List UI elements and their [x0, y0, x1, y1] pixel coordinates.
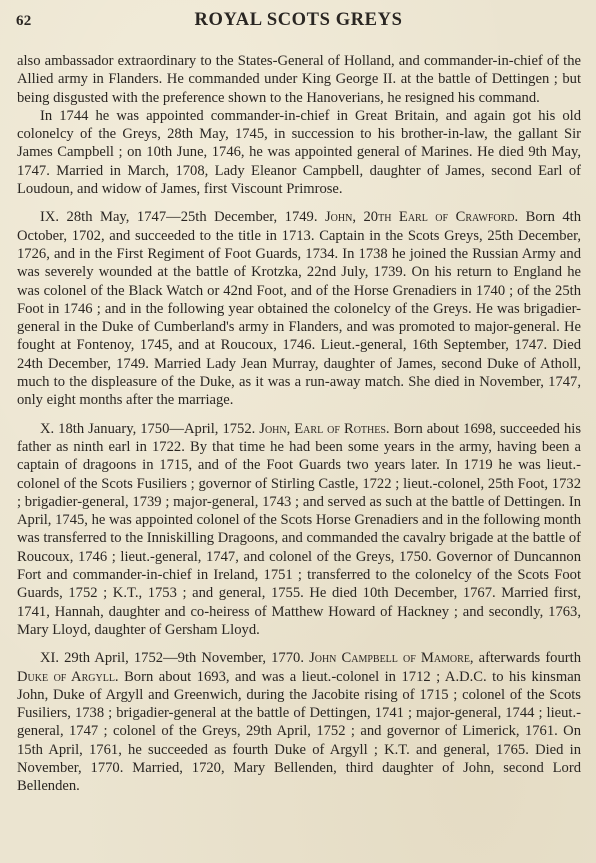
book-page: 62 ROYAL SCOTS GREYS also ambassador ext…: [0, 0, 596, 863]
entry-x-rothes: X. 18th January, 1750—April, 1752. John,…: [17, 420, 581, 640]
body-text: also ambassador extraordinary to the Sta…: [17, 52, 581, 796]
entry-x-dates: X. 18th January, 1750—April, 1752.: [40, 421, 259, 437]
entry-xi-name: John Campbell of Mamore,: [309, 650, 474, 666]
page-header: 62 ROYAL SCOTS GREYS: [16, 10, 581, 34]
entry-xi-title: Duke of Argyll.: [17, 669, 119, 685]
entry-xi-argyll: XI. 29th April, 1752—9th November, 1770.…: [17, 649, 581, 795]
entry-x-name: John, Earl of Rothes.: [259, 421, 389, 437]
entry-ix-crawford: IX. 28th May, 1747—25th December, 1749. …: [17, 208, 581, 409]
paragraph-1744: In 1744 he was appointed commander-in-ch…: [17, 107, 581, 198]
entry-x-body: Born about 1698, succeeded his father as…: [17, 421, 581, 638]
entry-xi-body: Born about 1693, and was a lieut.-colone…: [17, 669, 581, 795]
paragraph-continuation: also ambassador extraordinary to the Sta…: [17, 52, 581, 107]
entry-xi-mid: afterwards fourth: [474, 650, 581, 666]
running-title: ROYAL SCOTS GREYS: [16, 10, 581, 31]
entry-ix-body: Born 4th October, 1702, and succeeded to…: [17, 209, 581, 408]
entry-ix-name: John, 20th Earl of Crawford.: [325, 209, 518, 225]
entry-xi-dates: XI. 29th April, 1752—9th November, 1770.: [40, 650, 309, 666]
entry-ix-dates: IX. 28th May, 1747—25th December, 1749.: [40, 209, 325, 225]
